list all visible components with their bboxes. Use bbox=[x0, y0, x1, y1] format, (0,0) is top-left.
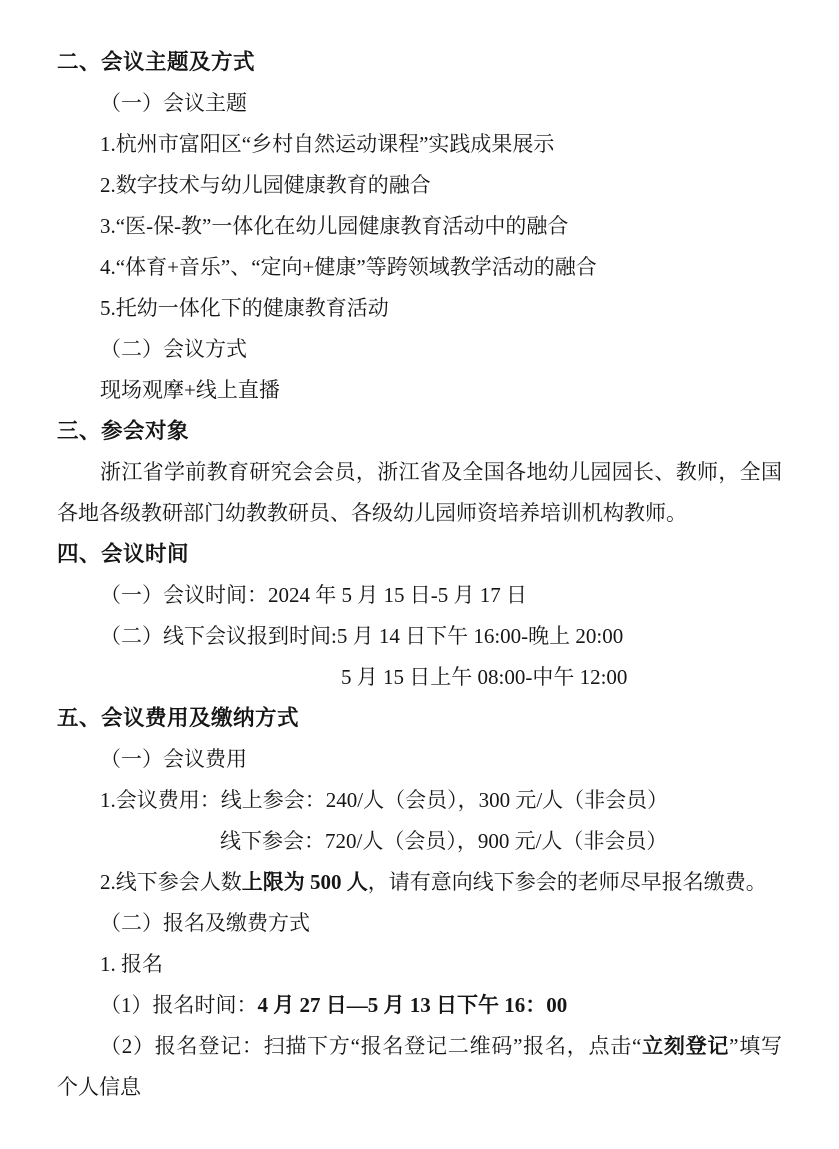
section2-sub1-label: （一）会议主题 bbox=[57, 83, 782, 124]
fee-offline-line: 线下参会：720/人（会员），900 元/人（非会员） bbox=[57, 821, 782, 862]
checkin-time-line2: 5 月 15 日上午 08:00-中午 12:00 bbox=[57, 657, 782, 698]
registration-register-text-bold: 立刻登记 bbox=[641, 1034, 729, 1058]
topic-item-5: 5.托幼一体化下的健康教育活动 bbox=[57, 288, 782, 329]
section5-sub1-label: （一）会议费用 bbox=[57, 739, 782, 780]
section4-heading: 四、会议时间 bbox=[57, 534, 782, 575]
offline-limit-text-bold: 上限为 500 人 bbox=[242, 870, 368, 894]
section3-heading: 三、参会对象 bbox=[57, 411, 782, 452]
offline-limit-text-pre: 2.线下参会人数 bbox=[100, 870, 242, 894]
registration-time-line: （1）报名时间：4 月 27 日—5 月 13 日下午 16：00 bbox=[57, 985, 782, 1026]
meeting-mode-text: 现场观摩+线上直播 bbox=[57, 370, 782, 411]
topic-item-1: 1.杭州市富阳区“乡村自然运动课程”实践成果展示 bbox=[57, 124, 782, 165]
section5-heading: 五、会议费用及缴纳方式 bbox=[57, 698, 782, 739]
registration-register-line1: （2）报名登记：扫描下方“报名登记二维码”报名，点击“立刻登记”填写 bbox=[57, 1026, 782, 1067]
topic-item-3: 3.“医-保-教”一体化在幼儿园健康教育活动中的融合 bbox=[57, 206, 782, 247]
registration-time-text-pre: （1）报名时间： bbox=[100, 993, 258, 1017]
registration-register-text-post: ”填写 bbox=[729, 1034, 782, 1058]
document-page: 二、会议主题及方式 （一）会议主题 1.杭州市富阳区“乡村自然运动课程”实践成果… bbox=[0, 0, 839, 1108]
audience-paragraph-line1: 浙江省学前教育研究会会员，浙江省及全国各地幼儿园园长、教师，全国 bbox=[57, 452, 782, 493]
audience-paragraph-line2: 各地各级教研部门幼教教研员、各级幼儿园师资培养培训机构教师。 bbox=[57, 493, 782, 534]
topic-item-4: 4.“体育+音乐”、“定向+健康”等跨领域教学活动的融合 bbox=[57, 247, 782, 288]
offline-limit-text-post: ，请有意向线下参会的老师尽早报名缴费。 bbox=[368, 870, 767, 894]
topic-item-2: 2.数字技术与幼儿园健康教育的融合 bbox=[57, 165, 782, 206]
checkin-time-line1: （二）线下会议报到时间:5 月 14 日下午 16:00-晚上 20:00 bbox=[57, 616, 782, 657]
fee-online-line: 1.会议费用：线上参会：240/人（会员），300 元/人（非会员） bbox=[57, 780, 782, 821]
section2-heading: 二、会议主题及方式 bbox=[57, 42, 782, 83]
registration-register-line2: 个人信息 bbox=[57, 1067, 782, 1108]
registration-register-text-pre: （2）报名登记：扫描下方“报名登记二维码”报名，点击“ bbox=[100, 1034, 641, 1058]
section2-sub2-label: （二）会议方式 bbox=[57, 329, 782, 370]
meeting-time-line: （一）会议时间：2024 年 5 月 15 日-5 月 17 日 bbox=[57, 575, 782, 616]
registration-label: 1. 报名 bbox=[57, 944, 782, 985]
section5-sub2-label: （二）报名及缴费方式 bbox=[57, 903, 782, 944]
registration-time-text-bold: 4 月 27 日—5 月 13 日下午 16：00 bbox=[258, 993, 568, 1017]
offline-limit-line: 2.线下参会人数上限为 500 人，请有意向线下参会的老师尽早报名缴费。 bbox=[57, 862, 782, 903]
